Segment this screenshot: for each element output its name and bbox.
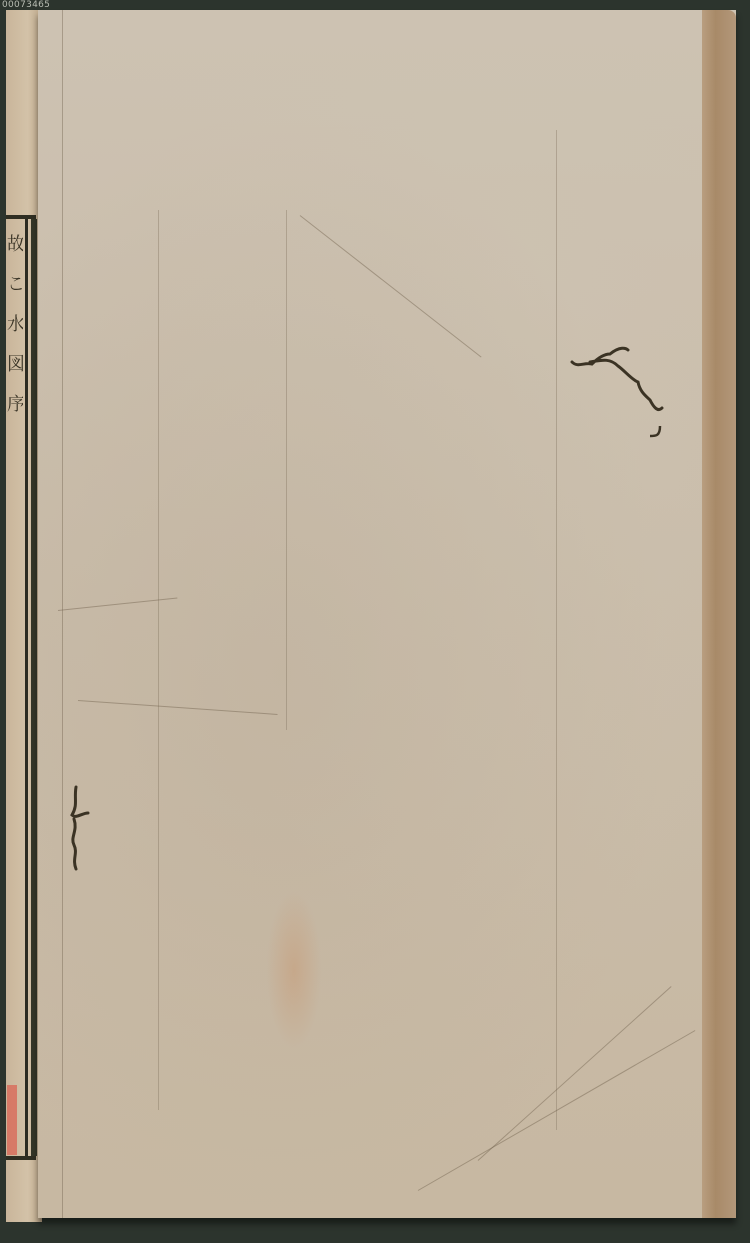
wrinkle [78, 700, 278, 715]
scanned-book-image: 00073465 故 こ 水 図 序 [0, 0, 750, 1243]
paper-crease [286, 210, 287, 730]
paper-crease [556, 130, 557, 1130]
scan-id-label: 00073465 [2, 0, 50, 10]
char: 序 [7, 388, 23, 422]
paper-crease [158, 210, 159, 1110]
blank-page [38, 10, 736, 1218]
char: 水 [7, 308, 23, 342]
wormhole-damage [64, 785, 94, 875]
char: 故 [7, 228, 23, 262]
char: 図 [7, 348, 23, 382]
wormhole-damage [570, 340, 670, 440]
frame-rule-inner [25, 219, 28, 1156]
diagonal-crease [300, 215, 482, 357]
diagonal-crease [478, 986, 672, 1161]
paper-crease [62, 10, 63, 1218]
water-stain [266, 890, 322, 1050]
page-fore-edge [702, 10, 736, 1218]
char: こ [7, 268, 23, 302]
partial-title-characters: 故 こ 水 図 序 [7, 228, 23, 468]
red-seal-stamp [7, 1085, 17, 1155]
frame-rule-outer [31, 219, 37, 1156]
wrinkle [58, 597, 177, 611]
